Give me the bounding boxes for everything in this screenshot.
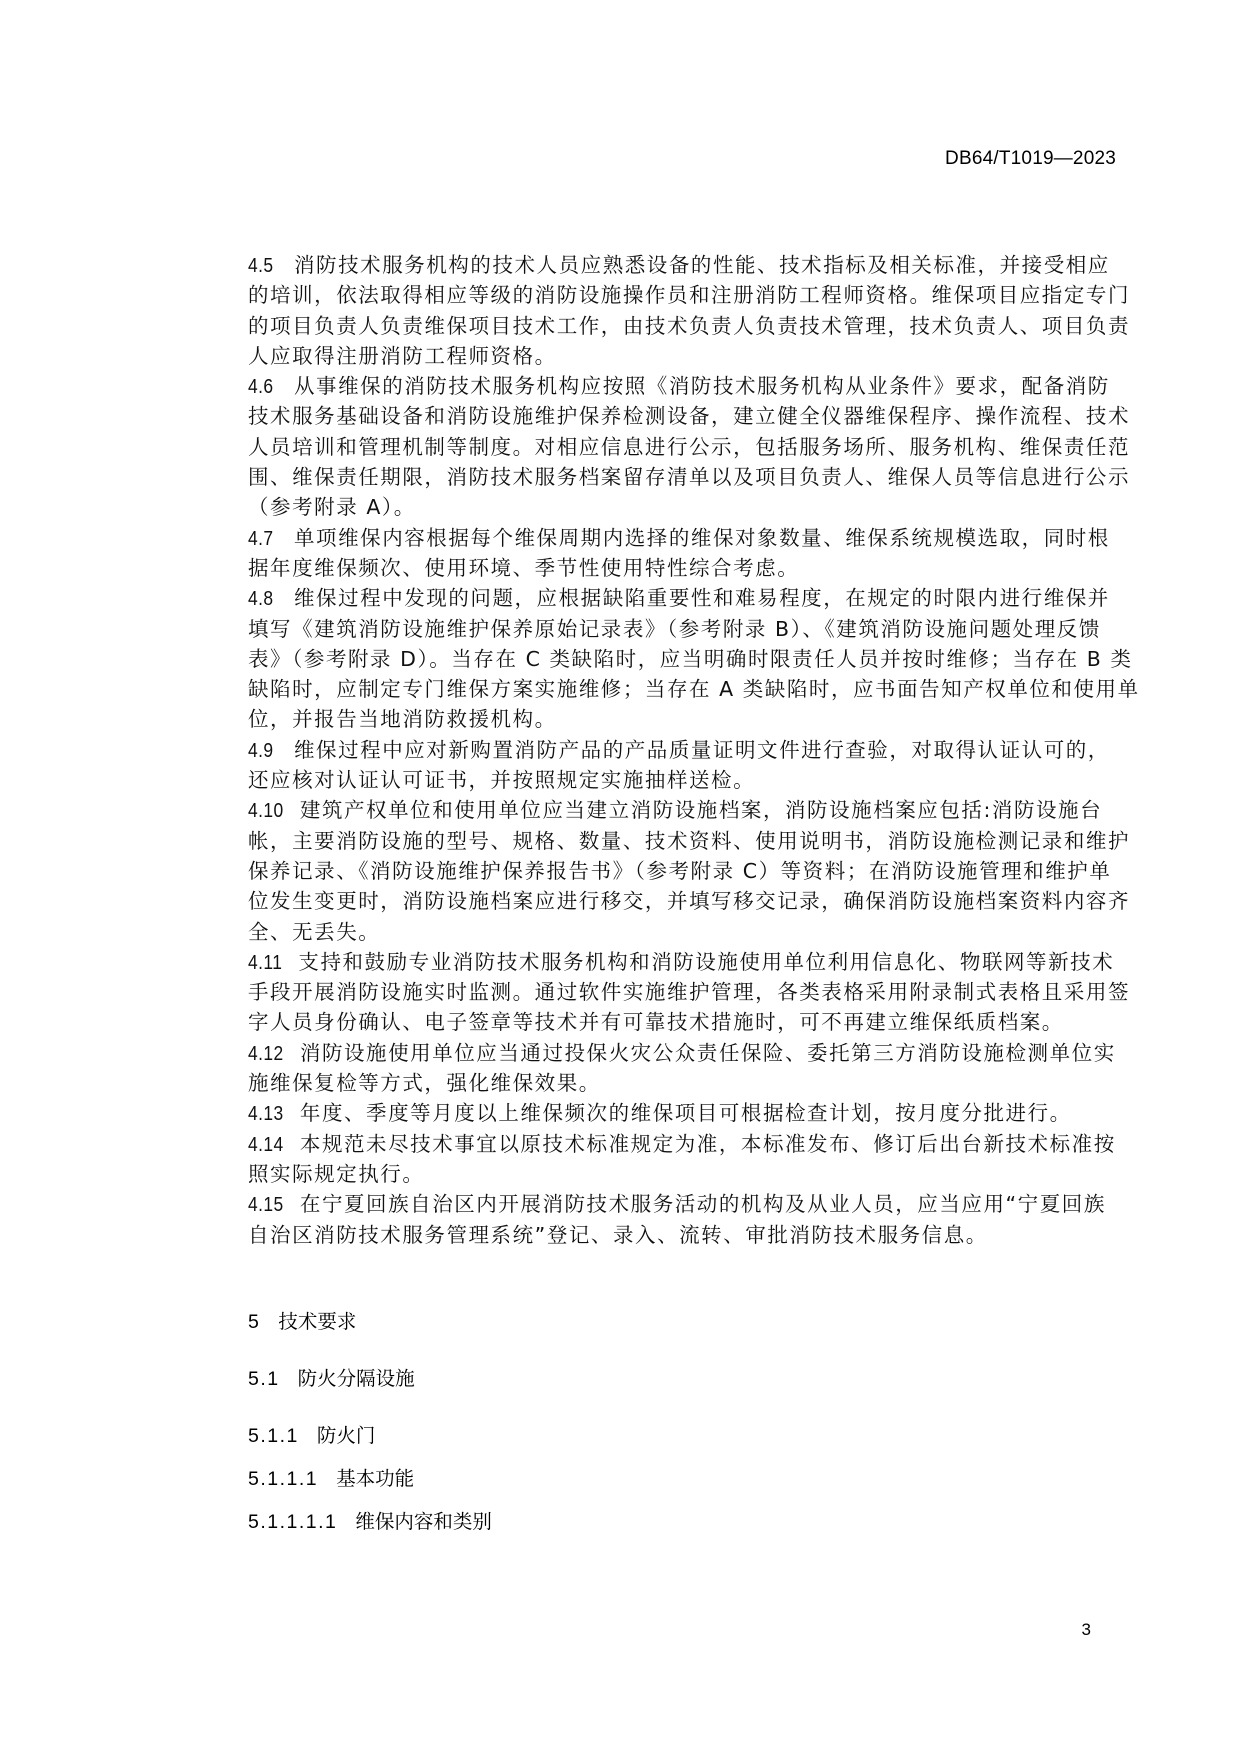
section-heading-5-1-1: 5.1.1防火门: [248, 1420, 375, 1448]
clause-text: 在宁夏回族自治区内开展消防技术服务活动的机构及从业人员，应当应用“宁夏回族: [300, 1192, 1106, 1216]
clause-number: 4.5: [248, 251, 274, 281]
section-heading-5-1-1-1-1: 5.1.1.1.1维保内容和类别: [248, 1506, 492, 1534]
clause-line: 的培训，依法取得相应等级的消防设施操作员和注册消防工程师资格。维保项目应指定专门: [248, 280, 1118, 310]
clause-4-11: 4.11支持和鼓励专业消防技术服务机构和消防设施使用单位利用信息化、物联网等新技…: [248, 947, 1118, 1038]
clause-line: 4.15在宁夏回族自治区内开展消防技术服务活动的机构及从业人员，应当应用“宁夏回…: [248, 1189, 1118, 1219]
heading-title: 技术要求: [278, 1310, 356, 1333]
clause-text: 建筑产权单位和使用单位应当建立消防设施档案，消防设施档案应包括:消防设施台: [300, 798, 1102, 822]
clause-line: 位发生变更时，消防设施档案应进行移交，并填写移交记录，确保消防设施档案资料内容齐: [248, 886, 1118, 916]
clause-line: 人员培训和管理机制等制度。对相应信息进行公示，包括服务场所、服务机构、维保责任范: [248, 432, 1118, 462]
heading-title: 防火门: [317, 1424, 376, 1447]
clause-number: 4.15: [248, 1190, 284, 1220]
clause-line: 全、无丢失。: [248, 917, 1118, 947]
clause-line: 4.9维保过程中应对新购置消防产品的产品质量证明文件进行查验，对取得认证认可的，: [248, 735, 1118, 765]
clause-number: 4.8: [248, 584, 274, 614]
clause-line: 4.10建筑产权单位和使用单位应当建立消防设施档案，消防设施档案应包括:消防设施…: [248, 795, 1118, 825]
clause-line: 据年度维保频次、使用环境、季节性使用特性综合考虑。: [248, 553, 1118, 583]
section-heading-5-1-1-1: 5.1.1.1基本功能: [248, 1463, 414, 1491]
clause-line: 保养记录、《消防设施维护保养报告书》（参考附录 C）等资料；在消防设施管理和维护…: [248, 856, 1118, 886]
clause-line: 帐，主要消防设施的型号、规格、数量、技术资料、使用说明书，消防设施检测记录和维护: [248, 826, 1118, 856]
page-number: 3: [1082, 1620, 1091, 1640]
clause-line: 4.7单项维保内容根据每个维保周期内选择的维保对象数量、维保系统规模选取，同时根: [248, 523, 1118, 553]
clause-line: 照实际规定执行。: [248, 1159, 1118, 1189]
clause-number: 4.12: [248, 1039, 284, 1069]
clause-number: 4.10: [248, 796, 284, 826]
clause-number: 4.14: [248, 1130, 284, 1160]
clauses-body: 4.5消防技术服务机构的技术人员应熟悉设备的性能、技术指标及相关标准，并接受相应…: [248, 250, 1118, 1250]
heading-number: 5.1.1.1: [248, 1468, 318, 1491]
clause-line: 自治区消防技术服务管理系统”登记、录入、流转、审批消防技术服务信息。: [248, 1220, 1118, 1250]
document-code: DB64/T1019—2023: [945, 148, 1116, 170]
clause-line: 4.13年度、季度等月度以上维保频次的维保项目可根据检查计划，按月度分批进行。: [248, 1098, 1118, 1128]
clause-4-13: 4.13年度、季度等月度以上维保频次的维保项目可根据检查计划，按月度分批进行。: [248, 1098, 1118, 1128]
section-heading-5-1: 5.1防火分隔设施: [248, 1363, 415, 1391]
clause-line: （参考附录 A）。: [248, 492, 1118, 522]
clause-number: 4.7: [248, 524, 274, 554]
clause-line: 技术服务基础设备和消防设施维护保养检测设备，建立健全仪器维保程序、操作流程、技术: [248, 401, 1118, 431]
clause-line: 的项目负责人负责维保项目技术工作，由技术负责人负责技术管理，技术负责人、项目负责: [248, 311, 1118, 341]
clause-line: 4.14本规范未尽技术事宜以原技术标准规定为准，本标准发布、修订后出台新技术标准…: [248, 1129, 1118, 1159]
clause-4-9: 4.9维保过程中应对新购置消防产品的产品质量证明文件进行查验，对取得认证认可的，…: [248, 735, 1118, 796]
heading-number: 5.1.1: [248, 1425, 299, 1448]
clause-line: 填写《建筑消防设施维护保养原始记录表》（参考附录 B）、《建筑消防设施问题处理反…: [248, 614, 1118, 644]
clause-4-6: 4.6从事维保的消防技术服务机构应按照《消防技术服务机构从业条件》要求，配备消防…: [248, 371, 1118, 522]
heading-title: 防火分隔设施: [298, 1367, 415, 1390]
clause-line: 还应核对认证认可证书，并按照规定实施抽样送检。: [248, 765, 1118, 795]
clause-4-7: 4.7单项维保内容根据每个维保周期内选择的维保对象数量、维保系统规模选取，同时根…: [248, 523, 1118, 584]
clause-text: 消防技术服务机构的技术人员应熟悉设备的性能、技术指标及相关标准，并接受相应: [294, 253, 1110, 277]
clause-line: 4.6从事维保的消防技术服务机构应按照《消防技术服务机构从业条件》要求，配备消防: [248, 371, 1118, 401]
clause-line: 4.12消防设施使用单位应当通过投保火灾公众责任保险、委托第三方消防设施检测单位…: [248, 1038, 1118, 1068]
clause-line: 字人员身份确认、电子签章等技术并有可靠技术措施时，可不再建立维保纸质档案。: [248, 1007, 1118, 1037]
clause-text: 支持和鼓励专业消防技术服务机构和消防设施使用单位利用信息化、物联网等新技术: [298, 950, 1114, 974]
clause-number: 4.9: [248, 736, 274, 766]
clause-text: 本规范未尽技术事宜以原技术标准规定为准，本标准发布、修订后出台新技术标准按: [300, 1132, 1116, 1156]
clause-line: 位，并报告当地消防救援机构。: [248, 704, 1118, 734]
clause-4-15: 4.15在宁夏回族自治区内开展消防技术服务活动的机构及从业人员，应当应用“宁夏回…: [248, 1189, 1118, 1250]
document-page: DB64/T1019—2023 4.5消防技术服务机构的技术人员应熟悉设备的性能…: [0, 0, 1241, 1755]
clause-text: 消防设施使用单位应当通过投保火灾公众责任保险、委托第三方消防设施检测单位实: [300, 1041, 1116, 1065]
clause-line: 4.8维保过程中发现的问题，应根据缺陷重要性和难易程度，在规定的时限内进行维保并: [248, 583, 1118, 613]
clause-text: 维保过程中应对新购置消防产品的产品质量证明文件进行查验，对取得认证认可的，: [294, 738, 1110, 762]
clause-4-8: 4.8维保过程中发现的问题，应根据缺陷重要性和难易程度，在规定的时限内进行维保并…: [248, 583, 1118, 734]
clause-line: 表》（参考附录 D）。当存在 C 类缺陷时，应当明确时限责任人员并按时维修；当存…: [248, 644, 1118, 674]
section-heading-5: 5技术要求: [248, 1306, 356, 1334]
clause-number: 4.13: [248, 1099, 284, 1129]
clause-number: 4.11: [248, 948, 282, 978]
clause-line: 人应取得注册消防工程师资格。: [248, 341, 1118, 371]
clause-text: 从事维保的消防技术服务机构应按照《消防技术服务机构从业条件》要求，配备消防: [294, 374, 1110, 398]
heading-number: 5.1.1.1.1: [248, 1511, 337, 1534]
clause-text: 年度、季度等月度以上维保频次的维保项目可根据检查计划，按月度分批进行。: [300, 1101, 1072, 1125]
clause-line: 施维保复检等方式，强化维保效果。: [248, 1068, 1118, 1098]
clause-line: 4.11支持和鼓励专业消防技术服务机构和消防设施使用单位利用信息化、物联网等新技…: [248, 947, 1118, 977]
heading-title: 基本功能: [336, 1467, 414, 1490]
clause-4-5: 4.5消防技术服务机构的技术人员应熟悉设备的性能、技术指标及相关标准，并接受相应…: [248, 250, 1118, 371]
clause-4-14: 4.14本规范未尽技术事宜以原技术标准规定为准，本标准发布、修订后出台新技术标准…: [248, 1129, 1118, 1190]
clause-4-12: 4.12消防设施使用单位应当通过投保火灾公众责任保险、委托第三方消防设施检测单位…: [248, 1038, 1118, 1099]
heading-title: 维保内容和类别: [355, 1510, 492, 1533]
clause-4-10: 4.10建筑产权单位和使用单位应当建立消防设施档案，消防设施档案应包括:消防设施…: [248, 795, 1118, 946]
clause-line: 围、维保责任期限，消防技术服务档案留存清单以及项目负责人、维保人员等信息进行公示: [248, 462, 1118, 492]
clause-line: 缺陷时，应制定专门维保方案实施维修；当存在 A 类缺陷时，应书面告知产权单位和使…: [248, 674, 1118, 704]
clause-line: 手段开展消防设施实时监测。通过软件实施维护管理，各类表格采用附录制式表格且采用签: [248, 977, 1118, 1007]
clause-text: 维保过程中发现的问题，应根据缺陷重要性和难易程度，在规定的时限内进行维保并: [294, 586, 1110, 610]
clause-text: 单项维保内容根据每个维保周期内选择的维保对象数量、维保系统规模选取，同时根: [294, 526, 1110, 550]
clause-number: 4.6: [248, 372, 274, 402]
heading-number: 5: [248, 1311, 260, 1334]
heading-number: 5.1: [248, 1368, 280, 1391]
clause-line: 4.5消防技术服务机构的技术人员应熟悉设备的性能、技术指标及相关标准，并接受相应: [248, 250, 1118, 280]
